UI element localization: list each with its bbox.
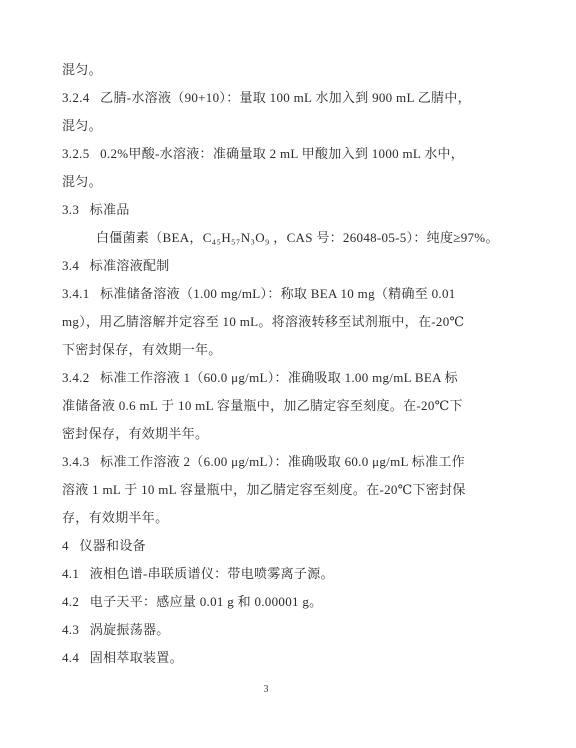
document-body: 混匀。 3.2.4 乙腈-水溶液（90+10）：量取 100 mL 水加入到 9… [62,56,537,672]
formula-line: 白僵菌素（BEA，C₄₅H₅₇N₃O₉ ，CAS 号：26048-05-5）：纯… [62,224,537,252]
document-page: 混匀。 3.2.4 乙腈-水溶液（90+10）：量取 100 mL 水加入到 9… [0,0,576,748]
body-line: 下密封保存，有效期一年。 [62,336,537,364]
body-line: 3.4.2 标准工作溶液 1（60.0 μg/mL）：准确吸取 1.00 mg/… [62,364,537,392]
body-line: 混匀。 [62,168,537,196]
body-line: 4.1 液相色谱-串联质谱仪：带电喷雾离子源。 [62,560,537,588]
body-line: 存，有效期半年。 [62,504,537,532]
body-line: 混匀。 [62,112,537,140]
body-line: 3.4.3 标准工作溶液 2（6.00 μg/mL）：准确吸取 60.0 μg/… [62,448,537,476]
body-line: 溶液 1 mL 于 10 mL 容量瓶中，加乙腈定容至刻度。在-20℃下密封保 [62,476,537,504]
section-heading-line: 4 仪器和设备 [62,532,537,560]
body-line: 3.4.1 标准储备溶液（1.00 mg/mL）：称取 BEA 10 mg（精确… [62,280,537,308]
section-heading-line: 3.4 标准溶液配制 [62,252,537,280]
body-line: 密封保存，有效期半年。 [62,420,537,448]
body-line: mg），用乙腈溶解并定容至 10 mL。将溶液转移至试剂瓶中，在-20℃ [62,308,537,336]
page-number: 3 [62,683,470,697]
body-line: 3.2.4 乙腈-水溶液（90+10）：量取 100 mL 水加入到 900 m… [62,84,537,112]
body-line: 4.3 涡旋振荡器。 [62,616,537,644]
body-line: 4.4 固相萃取装置。 [62,644,537,672]
body-line: 准储备液 0.6 mL 于 10 mL 容量瓶中，加乙腈定容至刻度。在-20℃下 [62,392,537,420]
body-line: 混匀。 [62,56,537,84]
body-line: 3.2.5 0.2%甲酸-水溶液：准确量取 2 mL 甲酸加入到 1000 mL… [62,140,537,168]
section-heading-line: 3.3 标准品 [62,196,537,224]
body-line: 4.2 电子天平：感应量 0.01 g 和 0.00001 g。 [62,588,537,616]
